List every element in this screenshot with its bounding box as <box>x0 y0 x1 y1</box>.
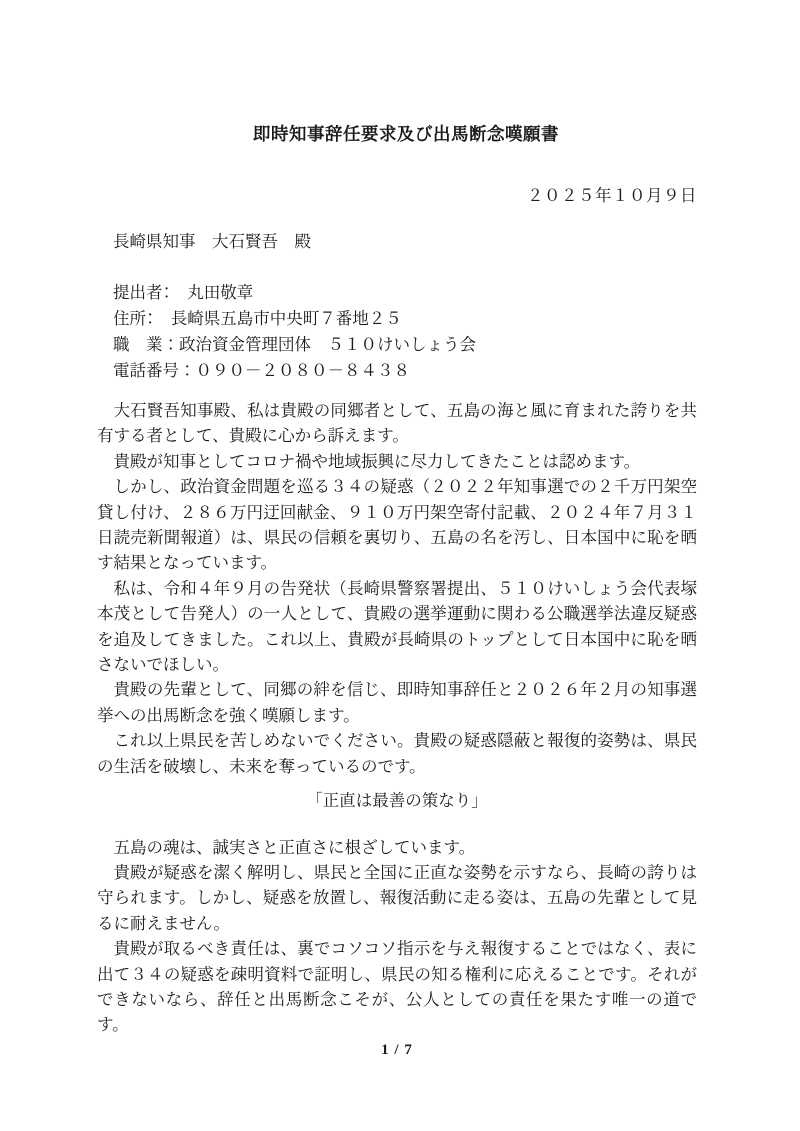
submitter-occupation-line: 職 業：政治資金管理団体 ５１０けいしょう会 <box>113 332 697 358</box>
submitter-name-line: 提出者： 丸田敬章 <box>113 280 697 306</box>
submitter-phone-line: 電話番号：０９０－２０８０－８４３８ <box>113 358 697 384</box>
closing-paragraph: 貴殿が取るべき責任は、裏でコソコソ指示を与え報復することではなく、表に出て３４の… <box>97 936 697 1038</box>
body-paragraph: しかし、政治資金問題を巡る３４の疑惑（２０２２年知事選での２千万円架空貸し付け、… <box>97 474 697 576</box>
closing-paragraph: 五島の魂は、誠実さと正直さに根ざしています。 <box>97 835 697 860</box>
body-paragraph: 貴殿が知事としてコロナ禍や地域振興に尽力してきたことは認めます。 <box>97 449 697 474</box>
body-paragraph: 私は、令和４年９月の告発状（長崎県警察署提出、５１０けいしょう会代表塚本茂として… <box>97 576 697 678</box>
body-paragraph: 大石賢吾知事殿、私は貴殿の同郷者として、五島の海と風に育まれた誇りを共有する者と… <box>97 398 697 449</box>
document-page: 即時知事辞任要求及び出馬断念嘆願書 ２０２５年１０月９日 長崎県知事 大石賢吾 … <box>0 0 800 1131</box>
petition-body: 大石賢吾知事殿、私は貴殿の同郷者として、五島の海と風に育まれた誇りを共有する者と… <box>97 398 697 779</box>
submitter-address-line: 住所： 長崎県五島市中央町７番地２５ <box>113 306 697 332</box>
page-number: 1 / 7 <box>97 1042 697 1059</box>
body-paragraph: これ以上県民を苦しめないでください。貴殿の疑惑隠蔽と報復的姿勢は、県民の生活を破… <box>97 728 697 779</box>
body-paragraph: 貴殿の先輩として、同郷の絆を信じ、即時知事辞任と２０２６年２月の知事選挙への出馬… <box>97 677 697 728</box>
document-date: ２０２５年１０月９日 <box>97 186 697 206</box>
quote-line: 「正直は最善の策なり」 <box>97 788 697 813</box>
closing-body: 五島の魂は、誠実さと正直さに根ざしています。 貴殿が疑惑を潔く解明し、県民と全国… <box>97 835 697 1038</box>
recipient-line: 長崎県知事 大石賢吾 殿 <box>97 232 697 252</box>
submitter-info-block: 提出者： 丸田敬章 住所： 長崎県五島市中央町７番地２５ 職 業：政治資金管理団… <box>97 280 697 384</box>
document-title: 即時知事辞任要求及び出馬断念嘆願書 <box>106 124 706 144</box>
closing-paragraph: 貴殿が疑惑を潔く解明し、県民と全国に正直な姿勢を示すなら、長崎の誇りは守られます… <box>97 860 697 936</box>
